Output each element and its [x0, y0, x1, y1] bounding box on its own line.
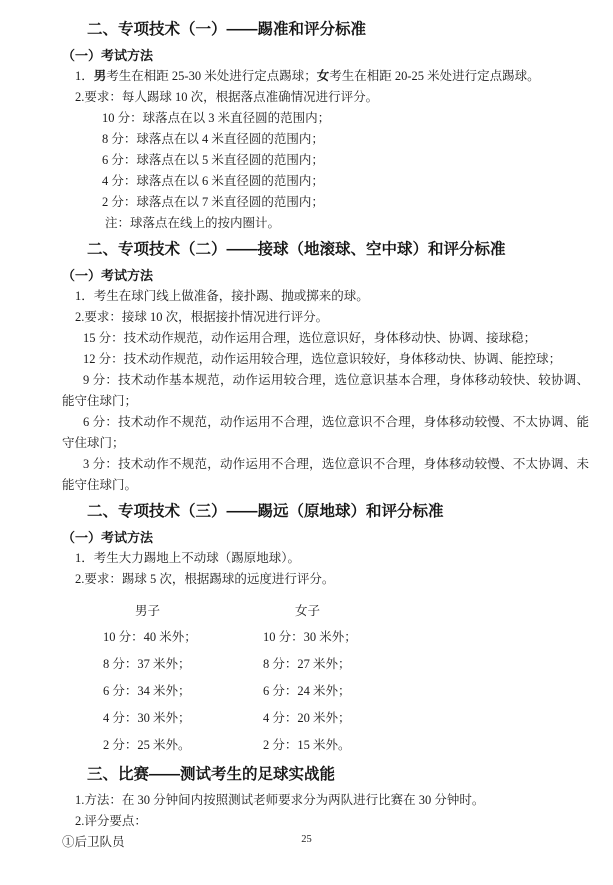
distance-table-row: 8 分：37 米外； 8 分：27 米外； [62, 651, 589, 678]
section2-score-line-3: 3 分：技术动作不规范，动作运用不合理，选位意识不合理，身体移动较慢、不太协调、… [62, 454, 589, 496]
section1-score-line-8: 8 分：球落点在以 4 米直径圆的范围内； [62, 129, 589, 150]
section2-method-item-2: 2.要求：接球 10 次，根据接扑情况进行评分。 [62, 307, 589, 328]
section2-score-line-9: 9 分：技术动作基本规范，动作运用较合理，选位意识基本合理，身体移动较快、较协调… [62, 370, 589, 412]
distance-table-row: 2 分：25 米外。 2 分：15 米外。 [62, 732, 589, 759]
male-score-cell: 8 分：37 米外； [103, 651, 191, 678]
section2-heading: 二、专项技术（二）——接球（地滚球、空中球）和评分标准 [62, 237, 589, 263]
section2-score-line-12: 12 分：技术动作规范，动作运用较合理，选位意识较好，身体移动快、协调、能控球； [62, 349, 589, 370]
section1-method-item-1: 1．男考生在相距 25-30 米处进行定点踢球；女考生在相距 20-25 米处进… [62, 66, 589, 87]
text-segment: 1． [75, 69, 94, 83]
section1-score-line-10: 10 分：球落点在以 3 米直径圆的范围内； [62, 108, 589, 129]
text-segment: 考生在相距 20-25 米处进行定点踢球。 [329, 69, 539, 83]
page-number: 25 [0, 834, 613, 845]
male-score-cell: 4 分：30 米外； [103, 705, 191, 732]
female-score-cell: 6 分：24 米外； [263, 678, 351, 705]
distance-table-row: 4 分：30 米外； 4 分：20 米外； [62, 705, 589, 732]
section3-method-item-1: 1．考生大力踢地上不动球（踢原地球）。 [62, 548, 589, 569]
section1-score-line-2: 2 分：球落点在以 7 米直径圆的范围内； [62, 192, 589, 213]
section1-heading: 二、专项技术（一）——踢准和评分标准 [62, 17, 589, 43]
section2-exam-method-subheading: （一）考试方法 [62, 265, 589, 286]
section4-method-item-2: 2.评分要点： [62, 811, 589, 832]
section1-exam-method-subheading: （一）考试方法 [62, 45, 589, 66]
section1-score-line-4: 4 分：球落点在以 6 米直径圆的范围内； [62, 171, 589, 192]
male-column-header: 男子 [135, 598, 160, 624]
section3-exam-method-subheading: （一）考试方法 [62, 527, 589, 548]
section4-heading: 三、比赛——测试考生的足球实战能 [62, 762, 589, 788]
section4-method-item-1: 1.方法：在 30 分钟间内按照测试老师要求分为两队进行比赛在 30 分钟时。 [62, 790, 589, 811]
distance-table-row: 6 分：34 米外； 6 分：24 米外； [62, 678, 589, 705]
distance-table-row: 10 分：40 米外； 10 分：30 米外； [62, 624, 589, 651]
female-score-cell: 4 分：20 米外； [263, 705, 351, 732]
female-score-cell: 2 分：15 米外。 [263, 732, 351, 759]
female-column-header: 女子 [295, 598, 320, 624]
section1-note-line: 注：球落点在线上的按内圈计。 [62, 213, 589, 234]
female-label-bold: 女 [317, 69, 330, 83]
section2-method-item-1: 1．考生在球门线上做准备，接扑踢、抛或掷来的球。 [62, 286, 589, 307]
section3-method-item-2: 2.要求：踢球 5 次，根据踢球的远度进行评分。 [62, 569, 589, 590]
document-page: 二、专项技术（一）——踢准和评分标准 （一）考试方法 1．男考生在相距 25-3… [0, 0, 613, 885]
male-score-cell: 10 分：40 米外； [103, 624, 197, 651]
section1-method-item-2: 2.要求：每人踢球 10 次，根据落点准确情况进行评分。 [62, 87, 589, 108]
female-score-cell: 8 分：27 米外； [263, 651, 351, 678]
male-score-cell: 6 分：34 米外； [103, 678, 191, 705]
female-score-cell: 10 分：30 米外； [263, 624, 357, 651]
distance-table-header: 男子 女子 [62, 598, 589, 624]
section2-score-line-15: 15 分：技术动作规范，动作运用合理，选位意识好，身体移动快、协调、接球稳； [62, 328, 589, 349]
text-segment: 考生在相距 25-30 米处进行定点踢球； [106, 69, 316, 83]
male-label-bold: 男 [94, 69, 107, 83]
section3-heading: 二、专项技术（三）——踢远（原地球）和评分标准 [62, 499, 589, 525]
section2-score-line-6: 6 分：技术动作不规范，动作运用不合理，选位意识不合理，身体移动较慢、不太协调、… [62, 412, 589, 454]
male-score-cell: 2 分：25 米外。 [103, 732, 191, 759]
section1-score-line-6: 6 分：球落点在以 5 米直径圆的范围内； [62, 150, 589, 171]
